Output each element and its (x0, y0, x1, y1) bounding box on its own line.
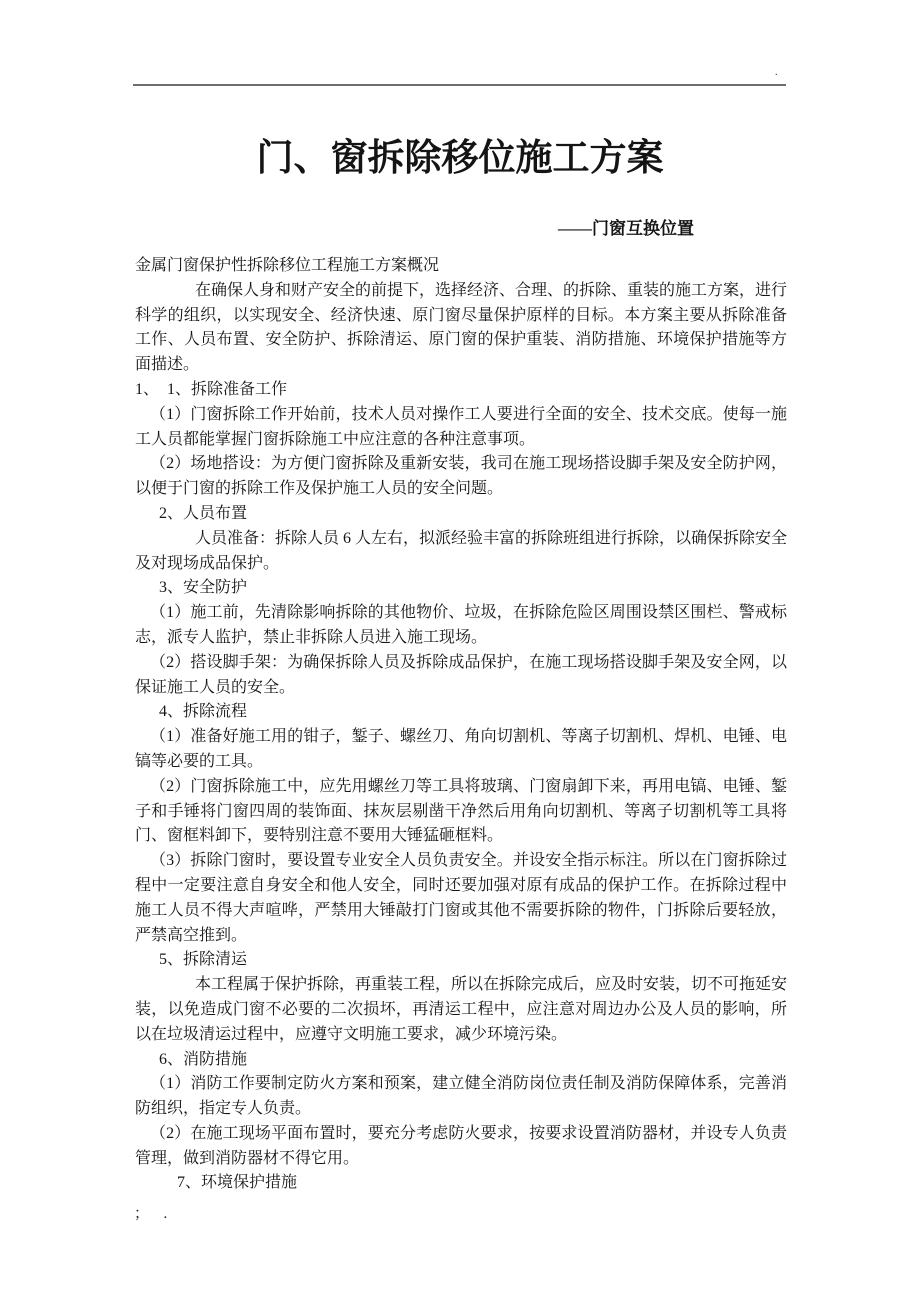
paragraph: 7、环境保护措施 (135, 1171, 787, 1196)
paragraph: （3）拆除门窗时，要设置专业安全人员负责安全。并设安全指示标注。所以在门窗拆除过… (135, 849, 787, 948)
document-page: . 门、窗拆除移位施工方案 ——门窗互换位置 金属门窗保护性拆除移位工程施工方案… (0, 0, 920, 1302)
paragraph: 金属门窗保护性拆除移位工程施工方案概况 (135, 254, 787, 279)
paragraph: （1）准备好施工用的钳子，錾子、螺丝刀、角向切割机、等离子切割机、焊机、电锤、电… (135, 725, 787, 775)
header-divider (133, 84, 786, 86)
paragraph: 3、安全防护 (135, 576, 787, 601)
paragraph: 1、 1、拆除准备工作 (135, 378, 787, 403)
paragraph: （2）搭设脚手架：为确保拆除人员及拆除成品保护，在施工现场搭设脚手架及安全网，以… (135, 651, 787, 701)
paragraph: （1）消防工作要制定防火方案和预案，建立健全消防岗位责任制及消防保障体系，完善消… (135, 1072, 787, 1122)
paragraph: 人员准备：拆除人员 6 人左右，拟派经验丰富的拆除班组进行拆除，以确保拆除安全及… (135, 527, 787, 577)
paragraph: 4、拆除流程 (135, 700, 787, 725)
paragraph: 本工程属于保护拆除，再重装工程，所以在拆除完成后，应及时安装，切不可拖延安装，以… (135, 973, 787, 1047)
document-title: 门、窗拆除移位施工方案 (0, 133, 920, 185)
paragraph: （2）在施工现场平面布置时，要充分考虑防火要求，按要求设置消防器材，并设专人负责… (135, 1122, 787, 1172)
paragraph: （1）施工前，先清除影响拆除的其他物价、垃圾，在拆除危险区周围设禁区围栏、警戒标… (135, 601, 787, 651)
paragraph: 2、人员布置 (135, 502, 787, 527)
paragraph: 5、拆除清运 (135, 948, 787, 973)
paragraph: 6、消防措施 (135, 1048, 787, 1073)
paragraph: （2）门窗拆除施工中，应先用螺丝刀等工具将玻璃、门窗扇卸下来，再用电镐、电锤、錾… (135, 775, 787, 849)
paragraph: （2）场地搭设：为方便门窗拆除及重新安装，我司在施工现场搭设脚手架及安全防护网，… (135, 452, 787, 502)
paragraph: （1）门窗拆除工作开始前，技术人员对操作工人要进行全面的安全、技术交底。使每一施… (135, 403, 787, 453)
header-mark: . (775, 68, 778, 78)
paragraph: 在确保人身和财产安全的前提下，选择经济、合理、的拆除、重装的施工方案，进行科学的… (135, 279, 787, 378)
document-subtitle: ——门窗互换位置 (558, 217, 694, 241)
footer-text: ；ㅤ. (134, 1204, 167, 1224)
document-body: 金属门窗保护性拆除移位工程施工方案概况在确保人身和财产安全的前提下，选择经济、合… (135, 254, 787, 1196)
